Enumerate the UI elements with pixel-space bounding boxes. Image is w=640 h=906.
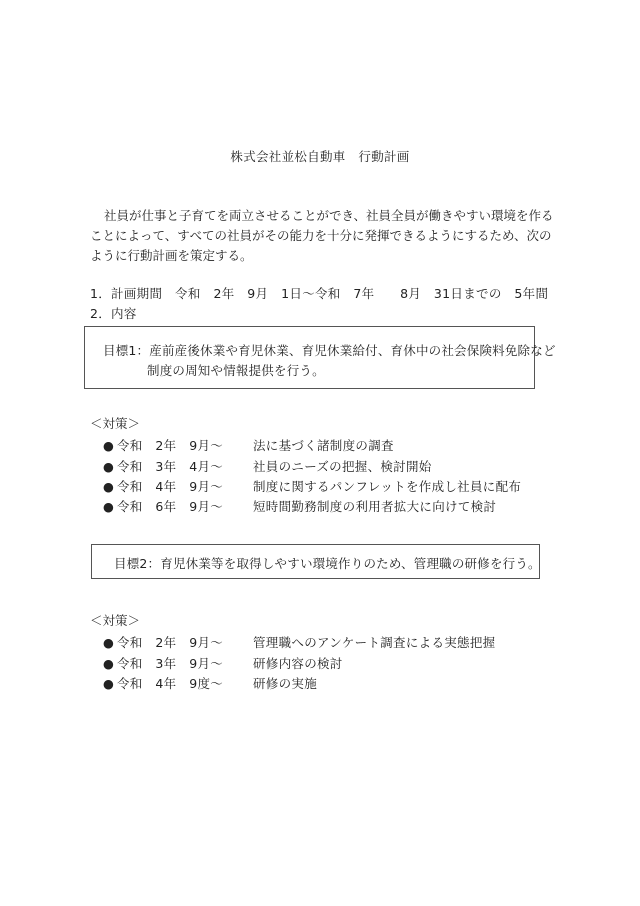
goal2-measures-heading: ＜対策＞ (90, 611, 140, 629)
goal1-line2: 制度の周知や情報提供を行う。 (147, 361, 325, 379)
goal1-measure-item: ●令和 2年 9月～法に基づく諸制度の調査 (103, 436, 394, 454)
measure-date: 令和 6年 9月～ (117, 497, 253, 515)
measure-date: 令和 3年 4月～ (117, 457, 253, 475)
measure-text: 社員のニーズの把握、検討開始 (253, 459, 432, 474)
contents-heading: 2．内容 (90, 304, 137, 322)
goal2-measure-item: ●令和 4年 9度～研修の実施 (103, 674, 317, 692)
goal1-measure-item: ●令和 4年 9月～制度に関するパンフレットを作成し社員に配布 (103, 477, 521, 495)
measure-text: 研修の実施 (253, 676, 317, 691)
goal2-line1: 目標2：育児休業等を取得しやすい環境作りのため、管理職の研修を行う。 (114, 554, 541, 572)
measure-text: 研修内容の検討 (253, 656, 343, 671)
measure-text: 法に基づく諸制度の調査 (253, 438, 394, 453)
bullet-icon: ● (103, 635, 117, 650)
bullet-icon: ● (103, 459, 117, 474)
goal1-measures-heading: ＜対策＞ (90, 414, 140, 432)
goal2-box: 目標2：育児休業等を取得しやすい環境作りのため、管理職の研修を行う。 (91, 544, 540, 579)
goal2-measure-item: ●令和 3年 9月～研修内容の検討 (103, 654, 343, 672)
goal1-box: 目標1：産前産後休業や育児休業、育児休業給付、育休中の社会保険料免除など 制度の… (84, 326, 535, 389)
measure-text: 短時間勤務制度の利用者拡大に向けて検討 (253, 499, 496, 514)
measure-date: 令和 4年 9月～ (117, 477, 253, 495)
goal1-measure-item: ●令和 6年 9月～短時間勤務制度の利用者拡大に向けて検討 (103, 497, 496, 515)
intro-text: 社員が仕事と子育てを両立させることができ、社員全員が働きやすい環境を作ることによ… (90, 208, 554, 263)
measure-date: 令和 2年 9月～ (117, 633, 253, 651)
goal1-measure-item: ●令和 3年 4月～社員のニーズの把握、検討開始 (103, 457, 432, 475)
measure-text: 管理職へのアンケート調査による実態把握 (253, 635, 495, 650)
bullet-icon: ● (103, 499, 117, 514)
measure-date: 令和 2年 9月～ (117, 436, 253, 454)
bullet-icon: ● (103, 656, 117, 671)
measure-text: 制度に関するパンフレットを作成し社員に配布 (253, 479, 521, 494)
measure-date: 令和 4年 9度～ (117, 674, 253, 692)
bullet-icon: ● (103, 676, 117, 691)
measure-date: 令和 3年 9月～ (117, 654, 253, 672)
plan-period: 1．計画期間 令和 2年 9月 1日～令和 7年 8月 31日までの 5年間 (90, 284, 548, 302)
document-title: 株式会社並松自動車 行動計画 (0, 147, 640, 165)
goal1-line1: 目標1：産前産後休業や育児休業、育児休業給付、育休中の社会保険料免除など (103, 341, 556, 359)
goal2-measure-item: ●令和 2年 9月～管理職へのアンケート調査による実態把握 (103, 633, 495, 651)
intro-paragraph: 社員が仕事と子育てを両立させることができ、社員全員が働きやすい環境を作ることによ… (90, 206, 560, 266)
bullet-icon: ● (103, 438, 117, 453)
bullet-icon: ● (103, 479, 117, 494)
